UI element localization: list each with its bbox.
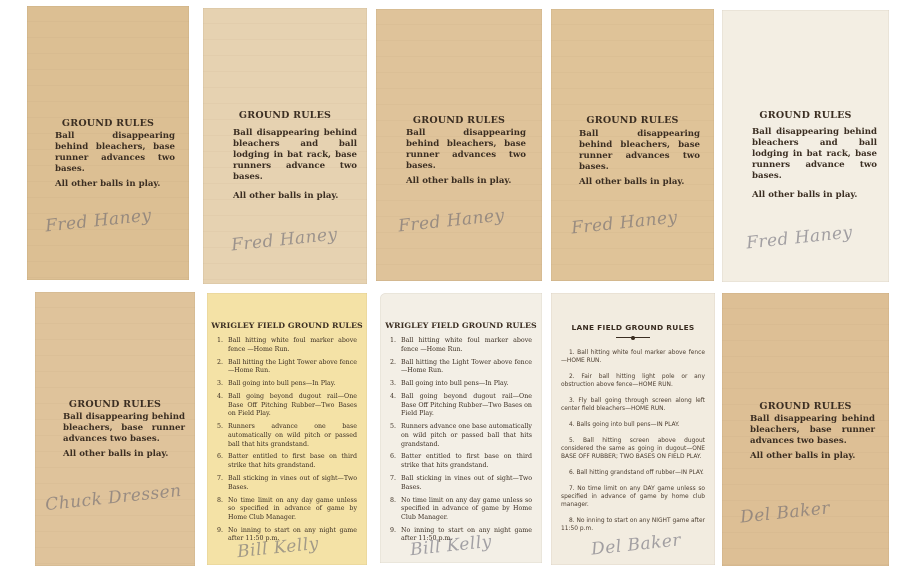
rule-number: 6. [390, 453, 401, 470]
rule-number: 1. [390, 337, 401, 354]
card-title: WRIGLEY FIELD GROUND RULES [380, 321, 542, 330]
ground-rules-card-5: GROUND RULES Ball disappearing behind bl… [722, 10, 889, 282]
rule-text: Ball disappearing behind bleachers, base… [750, 414, 875, 447]
rule-item: 3.Ball going into bull pens—In Play. [217, 380, 357, 389]
ground-rules-card-2: GROUND RULES Ball disappearing behind bl… [203, 8, 367, 284]
card-body: Ball disappearing behind bleachers, base… [579, 129, 700, 188]
rule-text: No time limit on any day game unless so … [228, 497, 357, 523]
card-title: GROUND RULES [722, 110, 889, 121]
rules-list: 1.Ball hitting white foul marker above f… [217, 337, 357, 548]
rule-item: 7. No time limit on any DAY game unless … [561, 485, 705, 509]
rule-number: 2. [217, 359, 228, 376]
rule-number: 8. [217, 497, 228, 523]
wrigley-field-rules-card-1: WRIGLEY FIELD GROUND RULES 1.Ball hittin… [207, 293, 367, 565]
rule-number: 6. [217, 453, 228, 470]
rule-text: Ball disappearing behind bleachers and b… [233, 128, 357, 183]
rule-text: Runners advance one base automatically o… [228, 423, 357, 449]
signature: Del Baker [739, 498, 831, 527]
card-body: Ball disappearing behind bleachers, base… [55, 131, 175, 190]
rule-footer: All other balls in play. [750, 451, 875, 462]
rule-number: 4. [217, 393, 228, 419]
rule-text: Batter entitled to first base on third s… [228, 453, 357, 470]
rule-text: No time limit on any day game unless so … [401, 497, 532, 523]
rule-footer: All other balls in play. [579, 177, 700, 188]
rule-item: 2. Fair ball hitting light pole or any o… [561, 373, 705, 389]
card-title: GROUND RULES [203, 110, 367, 121]
ground-rules-card-6: GROUND RULES Ball disappearing behind bl… [35, 292, 195, 566]
rule-item: 4.Ball going beyond dugout rail—One Base… [390, 393, 532, 419]
rule-footer: All other balls in play. [752, 190, 877, 201]
rule-item: 2.Ball hitting the Light Tower above fen… [217, 359, 357, 376]
card-title: GROUND RULES [35, 399, 195, 410]
rule-number: 9. [217, 527, 228, 544]
rule-number: 7. [217, 475, 228, 492]
card-title: GROUND RULES [722, 401, 889, 412]
rule-number: 1. [217, 337, 228, 354]
rule-number: 9. [390, 527, 401, 544]
rule-text: Runners advance one base automatically o… [401, 423, 532, 449]
rule-text: Ball hitting white foul marker above fen… [401, 337, 532, 354]
rules-list: 1. Ball hitting white foul marker above … [561, 349, 705, 541]
rule-text: Ball going beyond dugout rail—One Base O… [228, 393, 357, 419]
rule-item: 1.Ball hitting white foul marker above f… [390, 337, 532, 354]
card-body: Ball disappearing behind bleachers, base… [406, 128, 526, 187]
rule-item: 7.Ball sticking in vines out of sight—Tw… [217, 475, 357, 492]
card-title: GROUND RULES [551, 115, 714, 126]
card-title: GROUND RULES [376, 115, 542, 126]
rules-list: 1.Ball hitting white foul marker above f… [390, 337, 532, 548]
card-body: Ball disappearing behind bleachers, base… [750, 414, 875, 462]
rule-text: Ball going into bull pens—In Play. [228, 380, 357, 389]
rule-number: 4. [390, 393, 401, 419]
rule-text: Ball going beyond dugout rail—One Base O… [401, 393, 532, 419]
rule-text: Ball disappearing behind bleachers, base… [406, 128, 526, 172]
rule-text: Ball sticking in vines out of sight—Two … [401, 475, 532, 492]
lane-field-rules-card: LANE FIELD GROUND RULES 1. Ball hitting … [551, 293, 715, 565]
rule-item: 4. Balls going into bull pens—IN PLAY. [561, 421, 705, 429]
rule-footer: All other balls in play. [406, 176, 526, 187]
rule-text: Ball disappearing behind bleachers, base… [55, 131, 175, 175]
ornament-divider [616, 337, 650, 338]
rule-item: 1. Ball hitting white foul marker above … [561, 349, 705, 365]
signature: Fred Haney [397, 205, 505, 236]
rule-text: Ball disappearing behind bleachers, base… [579, 129, 700, 173]
rule-text: Batter entitled to first base on third s… [401, 453, 532, 470]
signature: Fred Haney [230, 224, 338, 255]
rule-footer: All other balls in play. [63, 449, 185, 460]
card-body: Ball disappearing behind bleachers and b… [233, 128, 357, 202]
ground-rules-card-4: GROUND RULES Ball disappearing behind bl… [551, 9, 714, 281]
card-title: WRIGLEY FIELD GROUND RULES [207, 321, 367, 330]
rule-number: 2. [390, 359, 401, 376]
signature: Fred Haney [570, 207, 678, 238]
rule-item: 3.Ball going into bull pens—In Play. [390, 380, 532, 389]
rule-number: 3. [390, 380, 401, 389]
rule-text: Ball disappearing behind bleachers and b… [752, 127, 877, 182]
wrigley-field-rules-card-2: WRIGLEY FIELD GROUND RULES 1.Ball hittin… [380, 293, 542, 563]
rule-text: Ball going into bull pens—In Play. [401, 380, 532, 389]
rule-item: 5.Runners advance one base automatically… [390, 423, 532, 449]
rule-footer: All other balls in play. [233, 191, 357, 202]
rule-text: Ball hitting the Light Tower above fence… [228, 359, 357, 376]
rule-footer: All other balls in play. [55, 179, 175, 190]
rule-item: 2.Ball hitting the Light Tower above fen… [390, 359, 532, 376]
card-body: Ball disappearing behind bleachers and b… [752, 127, 877, 201]
rule-item: 8. No inning to start on any NIGHT game … [561, 517, 705, 533]
rule-text: Ball hitting white foul marker above fen… [228, 337, 357, 354]
rule-item: 1.Ball hitting white foul marker above f… [217, 337, 357, 354]
rule-number: 3. [217, 380, 228, 389]
rule-item: 8.No time limit on any day game unless s… [217, 497, 357, 523]
rule-item: 6.Batter entitled to first base on third… [217, 453, 357, 470]
card-title: LANE FIELD GROUND RULES [551, 323, 715, 332]
rule-item: 5. Ball hitting screen above dugout cons… [561, 437, 705, 461]
rule-item: 5.Runners advance one base automatically… [217, 423, 357, 449]
signature: Fred Haney [745, 222, 853, 253]
card-title: GROUND RULES [27, 118, 189, 129]
rule-text: Ball disappearing behind bleachers, base… [63, 412, 185, 445]
ground-rules-card-7: GROUND RULES Ball disappearing behind bl… [722, 293, 889, 566]
rule-text: Ball hitting the Light Tower above fence… [401, 359, 532, 376]
rule-number: 5. [217, 423, 228, 449]
rule-text: Ball sticking in vines out of sight—Two … [228, 475, 357, 492]
rule-number: 5. [390, 423, 401, 449]
signature: Fred Haney [44, 205, 152, 236]
ground-rules-card-1: GROUND RULES Ball disappearing behind bl… [27, 6, 189, 280]
signature: Chuck Dressen [44, 481, 182, 515]
rule-number: 8. [390, 497, 401, 523]
rule-item: 7.Ball sticking in vines out of sight—Tw… [390, 475, 532, 492]
rule-number: 7. [390, 475, 401, 492]
card-body: Ball disappearing behind bleachers, base… [63, 412, 185, 460]
rule-item: 4.Ball going beyond dugout rail—One Base… [217, 393, 357, 419]
rule-item: 6.Batter entitled to first base on third… [390, 453, 532, 470]
rule-item: 8.No time limit on any day game unless s… [390, 497, 532, 523]
ground-rules-card-3: GROUND RULES Ball disappearing behind bl… [376, 9, 542, 281]
rule-item: 6. Ball hitting grandstand off rubber—IN… [561, 469, 705, 477]
rule-item: 3. Fly ball going through screen along l… [561, 397, 705, 413]
